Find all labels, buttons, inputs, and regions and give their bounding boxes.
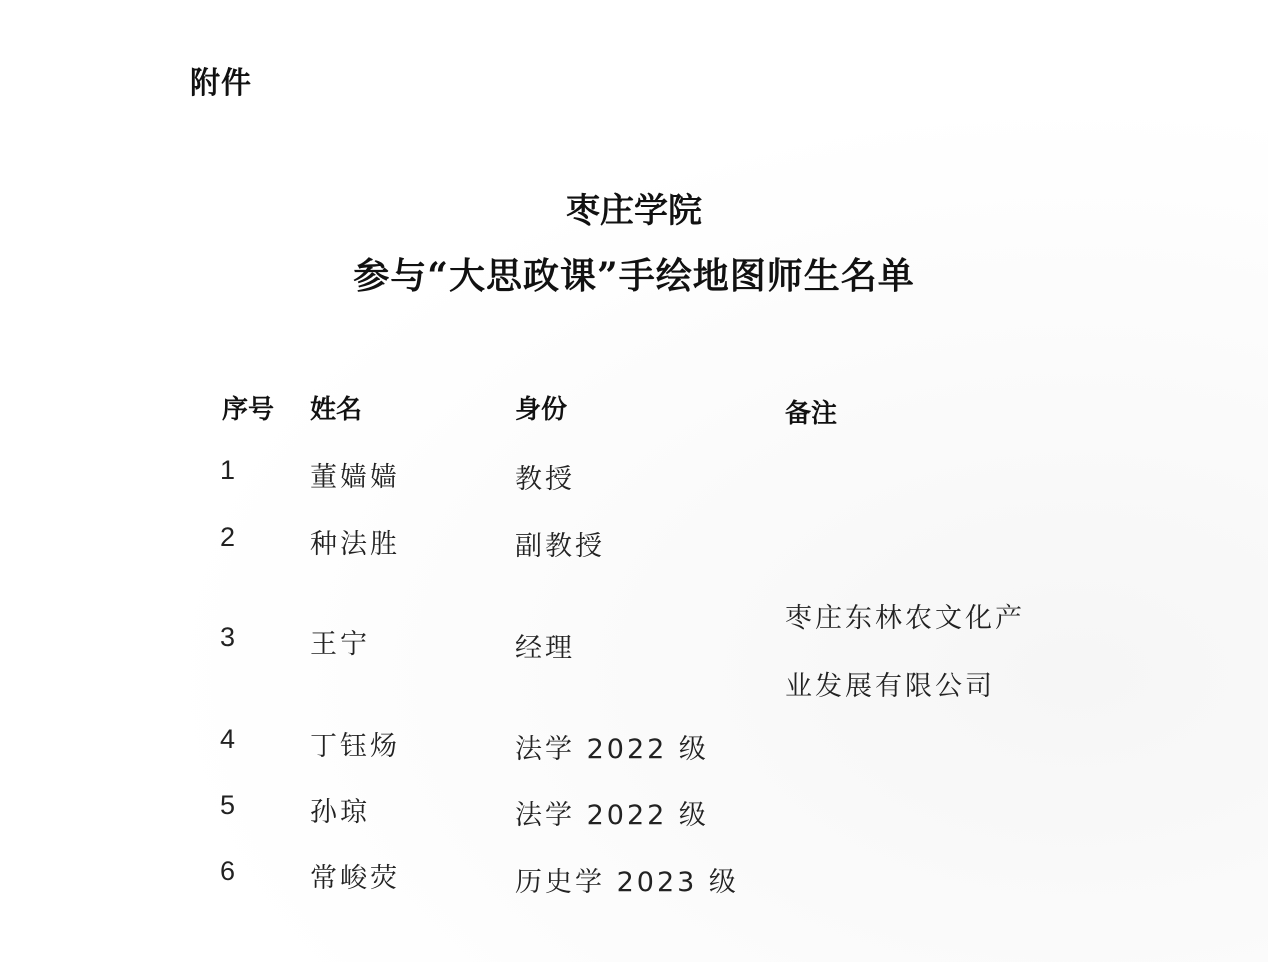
row-number: 6 (220, 856, 235, 887)
row-name: 王宁 (310, 622, 370, 661)
row-number: 4 (220, 724, 235, 755)
row-name: 种法胜 (310, 522, 400, 561)
row-note-line2: 业发展有限公司 (785, 664, 995, 703)
row-role: 法学 2022 级 (515, 727, 709, 766)
row-number: 2 (220, 522, 235, 553)
row-name: 常峻荧 (310, 856, 400, 895)
row-role: 经理 (515, 626, 575, 665)
row-role: 法学 2022 级 (515, 793, 709, 832)
attachment-label: 附件 (190, 58, 252, 102)
row-role: 副教授 (515, 524, 605, 563)
row-note-line1: 枣庄东林农文化产 (785, 596, 1025, 635)
document-title: 参与“大思政课”手绘地图师生名单 (0, 248, 1268, 299)
row-name: 丁钰炀 (310, 724, 400, 763)
header-number: 序号 (222, 389, 274, 426)
row-role: 历史学 2023 级 (515, 860, 739, 899)
header-role: 身份 (515, 389, 567, 426)
row-name: 董嫱嫱 (310, 455, 400, 494)
row-role: 教授 (515, 457, 575, 496)
row-name: 孙琼 (310, 790, 370, 829)
header-name: 姓名 (310, 389, 362, 426)
document-page: 附件 枣庄学院 参与“大思政课”手绘地图师生名单 序号 姓名 身份 备注 1 董… (0, 0, 1268, 962)
header-note: 备注 (785, 393, 837, 430)
row-number: 5 (220, 790, 235, 821)
row-number: 1 (220, 455, 235, 486)
row-number: 3 (220, 622, 235, 653)
document-title-institution: 枣庄学院 (0, 183, 1268, 232)
